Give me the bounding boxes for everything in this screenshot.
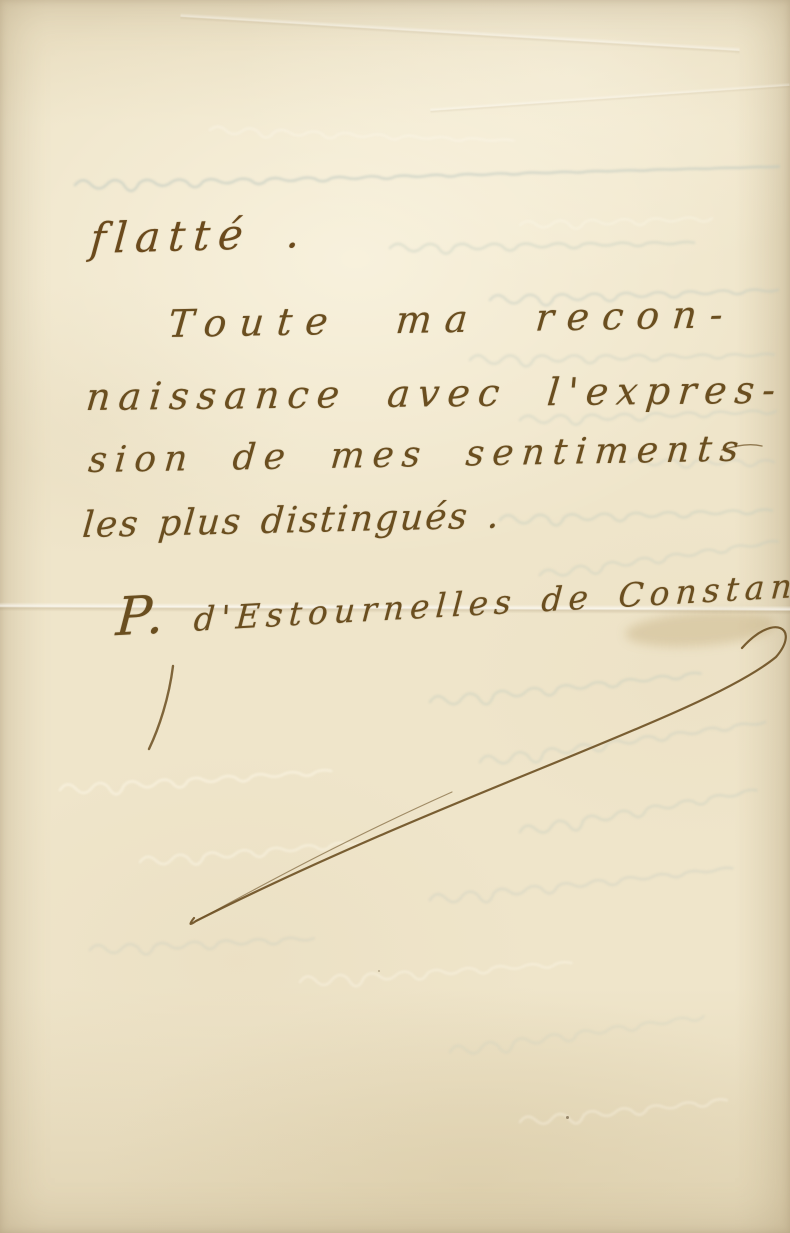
bleedthrough-line xyxy=(429,863,733,908)
bleedthrough-line xyxy=(500,506,772,527)
bleedthrough-line xyxy=(300,958,572,990)
bleedthrough-line xyxy=(75,162,779,192)
bleedthrough-line xyxy=(470,350,774,367)
ink-speck xyxy=(566,1116,569,1119)
bleedthrough-line xyxy=(520,215,712,231)
bleedthrough-line xyxy=(90,934,314,958)
bleedthrough-line xyxy=(519,785,758,840)
ink-speck xyxy=(378,970,380,972)
letter-line: les plus distingués . xyxy=(81,499,502,545)
bleedthrough-line xyxy=(429,669,701,711)
letter-line: Toute ma recon- xyxy=(167,295,738,343)
bleedthrough-line xyxy=(390,239,694,255)
letter-line: naissance avec l'expres- xyxy=(84,371,785,416)
letter-photo: flatté . Toute ma recon- naissance avec … xyxy=(0,0,790,1233)
bleedthrough-line xyxy=(479,717,766,770)
bleedthrough-line xyxy=(60,766,332,798)
bleedthrough-line xyxy=(520,1096,728,1130)
bleedthrough-line xyxy=(140,838,364,869)
letter-line: flatté . xyxy=(89,212,309,260)
bleedthrough-line xyxy=(449,1011,704,1060)
bleedthrough-line xyxy=(210,127,514,147)
